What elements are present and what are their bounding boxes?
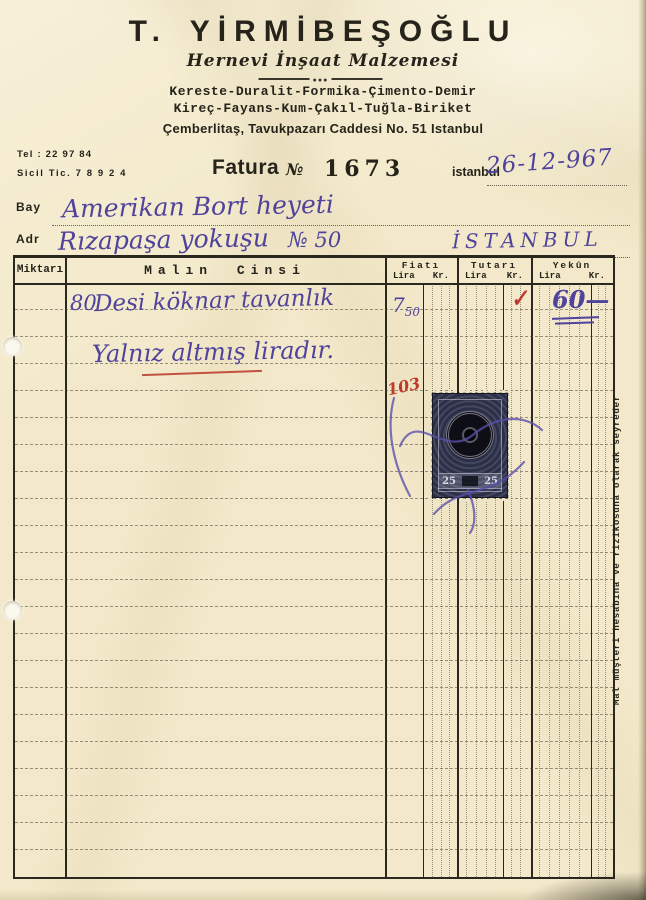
digit-guide-line — [539, 283, 540, 877]
column-header-amount: Tutarı Lira Kr. — [457, 258, 531, 283]
digit-guide-line — [520, 283, 521, 877]
table-row — [15, 769, 613, 796]
table-row — [15, 688, 613, 715]
digit-guide-line — [486, 283, 487, 877]
digit-guide-line — [432, 283, 433, 877]
total-kurus-label: Kr. — [589, 271, 605, 281]
signature-strokes — [382, 386, 567, 536]
bay-label: Bay — [16, 200, 41, 214]
hole-punch — [3, 601, 22, 620]
company-address: Çemberlitaş, Tavukpazarı Caddesi No. 51 … — [0, 121, 646, 136]
handwritten-address-street: Rızapaşa yokuşu — [58, 223, 269, 256]
digit-guide-line — [559, 283, 560, 877]
table-row — [15, 850, 613, 877]
company-subtitle: Hernevi İnşaat Malzemesi — [0, 51, 646, 71]
handwritten-date: 26-12-967 — [485, 145, 613, 180]
handwritten-unit-price: 750 — [392, 293, 420, 319]
scan-edge-right — [638, 0, 646, 900]
ornament-dots-icon — [310, 78, 332, 81]
scan-corner-shadow — [526, 872, 646, 900]
table-row — [15, 634, 613, 661]
table-row — [15, 661, 613, 688]
handwritten-amount-in-words: Yalnız altmış liradır. — [92, 336, 334, 368]
amount-lira-label: Lira — [465, 271, 487, 281]
digit-guide-line — [511, 283, 512, 877]
phone-number: Tel : 22 97 84 — [17, 149, 92, 160]
invoice-number: 1673 — [324, 156, 405, 182]
amount-label: Tutarı — [457, 260, 531, 271]
price-kurus-label: Kr. — [433, 271, 449, 281]
handwritten-quantity: 80 — [70, 291, 97, 315]
adr-label: Adr — [16, 232, 40, 246]
digit-guide-line — [598, 283, 599, 877]
column-header-total: Yekûn Lira Kr. — [531, 258, 613, 283]
table-row — [15, 553, 613, 580]
table-row — [15, 796, 613, 823]
ornament-line-right — [331, 78, 382, 80]
table-row — [15, 742, 613, 769]
total-label: Yekûn — [531, 260, 613, 271]
ornament-line-left — [259, 78, 310, 80]
digit-guide-line — [569, 283, 570, 877]
trade-registry-number: Sicil Tic. 7 8 9 2 4 — [17, 168, 127, 179]
digit-guide-line — [466, 283, 467, 877]
handwritten-address-number: № 50 — [288, 228, 341, 252]
digit-guide-line — [495, 283, 496, 877]
fatura-label: Fatura — [212, 156, 279, 180]
total-value: 60 — [552, 285, 585, 314]
column-header-price: Fiatı Lira Kr. — [385, 258, 457, 283]
amount-kurus-label: Kr. — [507, 271, 523, 281]
column-header-description: Malın Cinsi — [65, 258, 385, 283]
table-row — [15, 607, 613, 634]
date-underline — [487, 185, 627, 186]
digit-guide-line — [579, 283, 580, 877]
digit-guide-line — [605, 283, 606, 877]
products-line-1: Kereste-Duralit-Formika-Çimento-Demir — [0, 84, 646, 99]
total-lira-label: Lira — [539, 271, 561, 281]
price-kurus-value: 50 — [405, 305, 420, 319]
company-title: T. YİRMİBEŞOĞLU — [0, 15, 646, 49]
price-lira-value: 7 — [392, 293, 405, 317]
digit-guide-line — [549, 283, 550, 877]
divider-ornament-icon — [259, 75, 383, 83]
handwritten-recipient: Amerikan Bort heyeti — [62, 190, 334, 224]
handwritten-address-city: İSTANBUL — [452, 227, 603, 254]
handwritten-total: 60— — [552, 285, 609, 314]
table-row — [15, 580, 613, 607]
total-dash: — — [585, 285, 609, 314]
price-label: Fiatı — [385, 260, 457, 271]
hole-punch — [3, 337, 22, 356]
numero-sign: № — [286, 160, 303, 179]
invoice-scan: T. YİRMİBEŞOĞLU Hernevi İnşaat Malzemesi… — [0, 0, 646, 900]
table-body — [15, 283, 613, 877]
table-row — [15, 715, 613, 742]
digit-guide-line — [449, 283, 450, 877]
table-row — [15, 823, 613, 850]
side-margin-note: Mal müşteri hesabına ve rizikosuna olara… — [612, 372, 632, 728]
table-header: Miktarı Malın Cinsi Fiatı Lira Kr. Tutar… — [15, 258, 613, 285]
column-header-quantity: Miktarı — [15, 258, 65, 283]
digit-guide-line — [441, 283, 442, 877]
digit-guide-line — [476, 283, 477, 877]
products-line-2: Kireç-Fayans-Kum-Çakıl-Tuğla-Biriket — [0, 101, 646, 116]
price-lira-label: Lira — [393, 271, 415, 281]
